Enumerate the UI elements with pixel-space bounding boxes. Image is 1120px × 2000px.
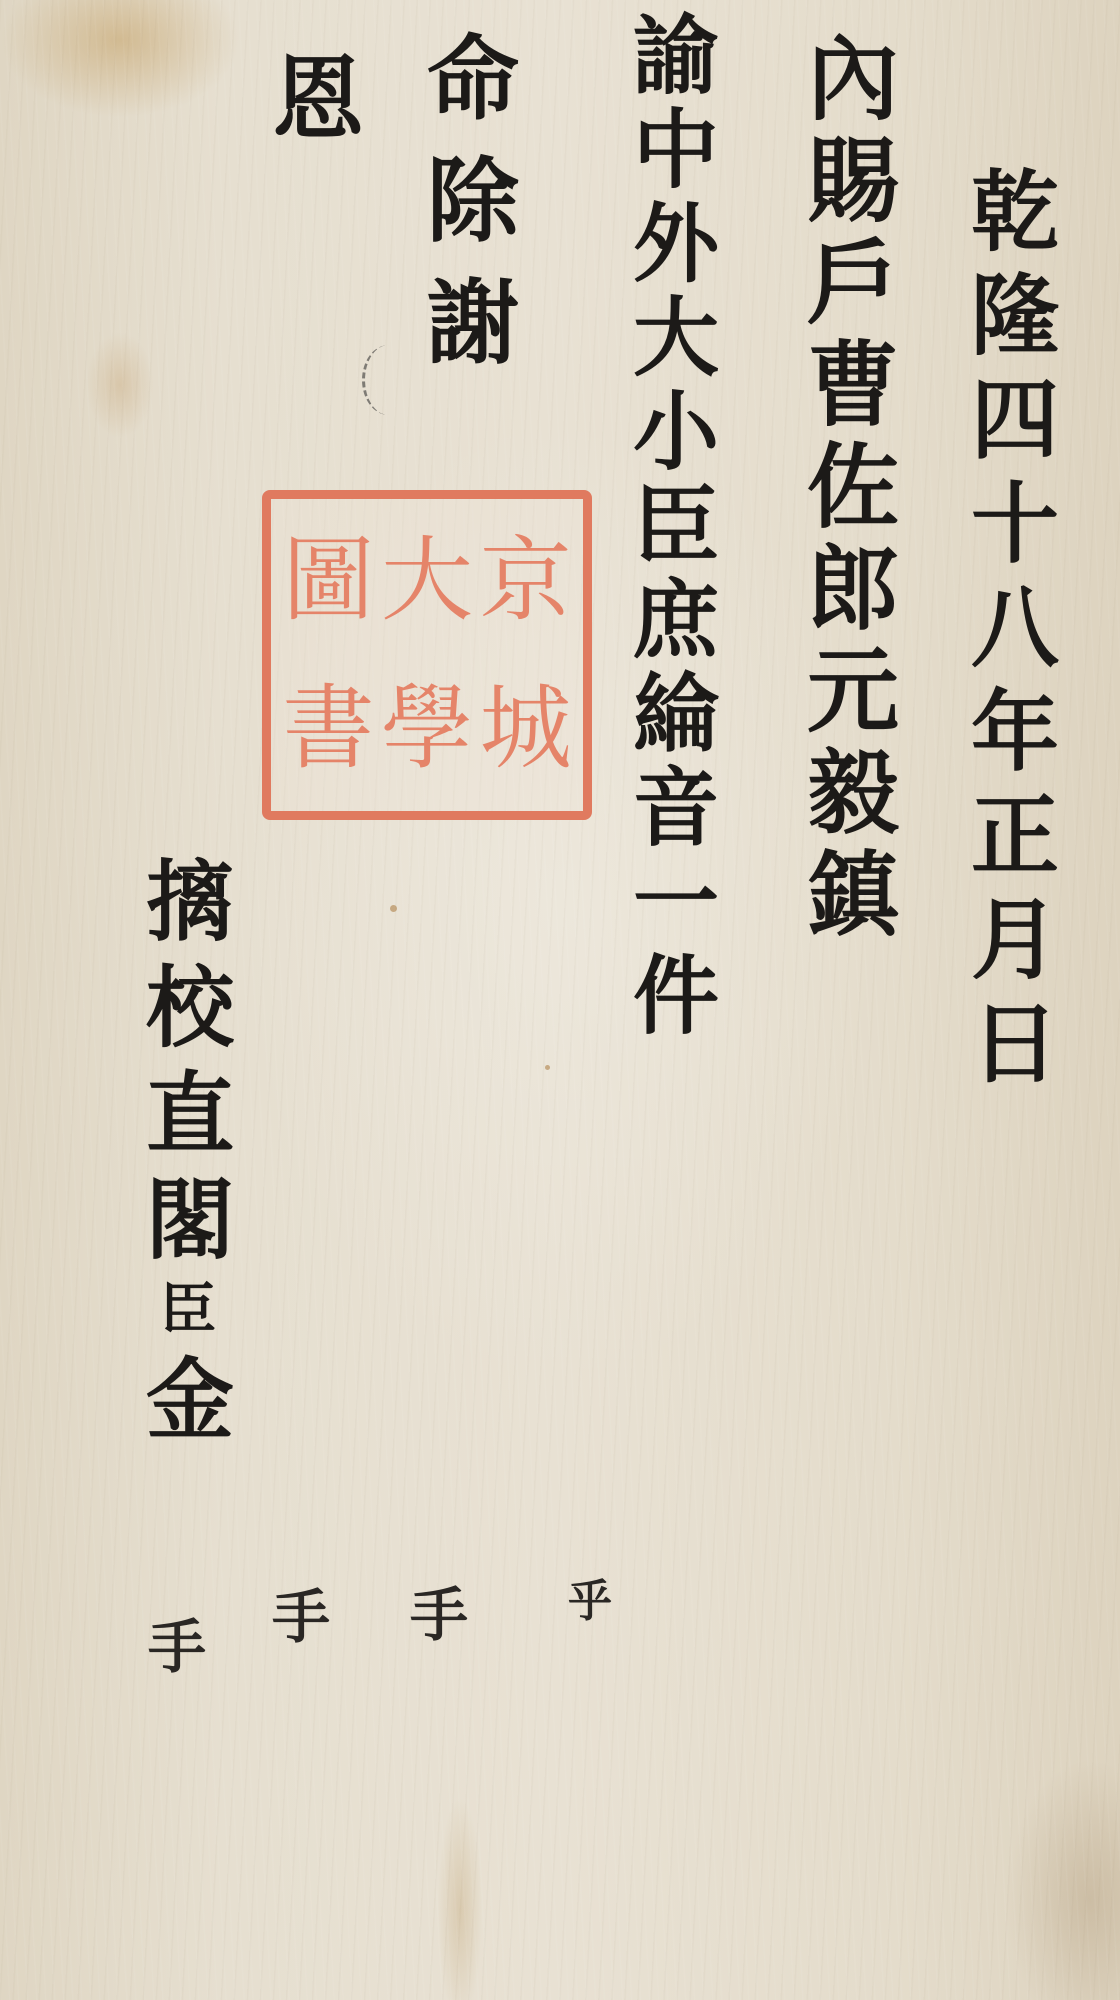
signature-mark: 乎 xyxy=(568,1565,612,1655)
signature-mark: 手 xyxy=(410,1568,468,1658)
official-name: 金 xyxy=(132,1353,236,1459)
ink-spot xyxy=(390,905,397,912)
ink-mark xyxy=(362,345,415,415)
thanks-column: 命除謝 xyxy=(420,30,512,396)
date-column: 乾隆四十八年正月日 xyxy=(965,165,1053,1101)
grace-column: 恩 xyxy=(265,50,357,142)
official-title: 摛校直閣 xyxy=(132,855,236,1279)
seal-char: 學 xyxy=(378,655,477,803)
edict-column: 諭中外大小臣庶綸音一件 xyxy=(625,10,711,1044)
seal-char: 大 xyxy=(378,507,477,655)
seal-char: 圖 xyxy=(279,507,378,655)
seal-char: 京 xyxy=(476,507,575,655)
ink-spot xyxy=(545,1065,550,1070)
document-page: 乾隆四十八年正月日 內賜戶曹佐郎元毅鎮 諭中外大小臣庶綸音一件 命除謝 恩 摛校… xyxy=(0,0,1120,2000)
signature-mark: 手 xyxy=(148,1600,206,1690)
official-subject: 臣 xyxy=(151,1279,217,1353)
official-column: 摛校直閣臣金 xyxy=(140,855,228,1459)
grant-column: 內賜戶曹佐郎元毅鎮 xyxy=(800,30,892,948)
seal-char: 城 xyxy=(476,655,575,803)
library-seal: 京 城 大 學 圖 書 xyxy=(262,490,592,820)
signature-mark: 手 xyxy=(272,1570,330,1660)
seal-char: 書 xyxy=(279,655,378,803)
